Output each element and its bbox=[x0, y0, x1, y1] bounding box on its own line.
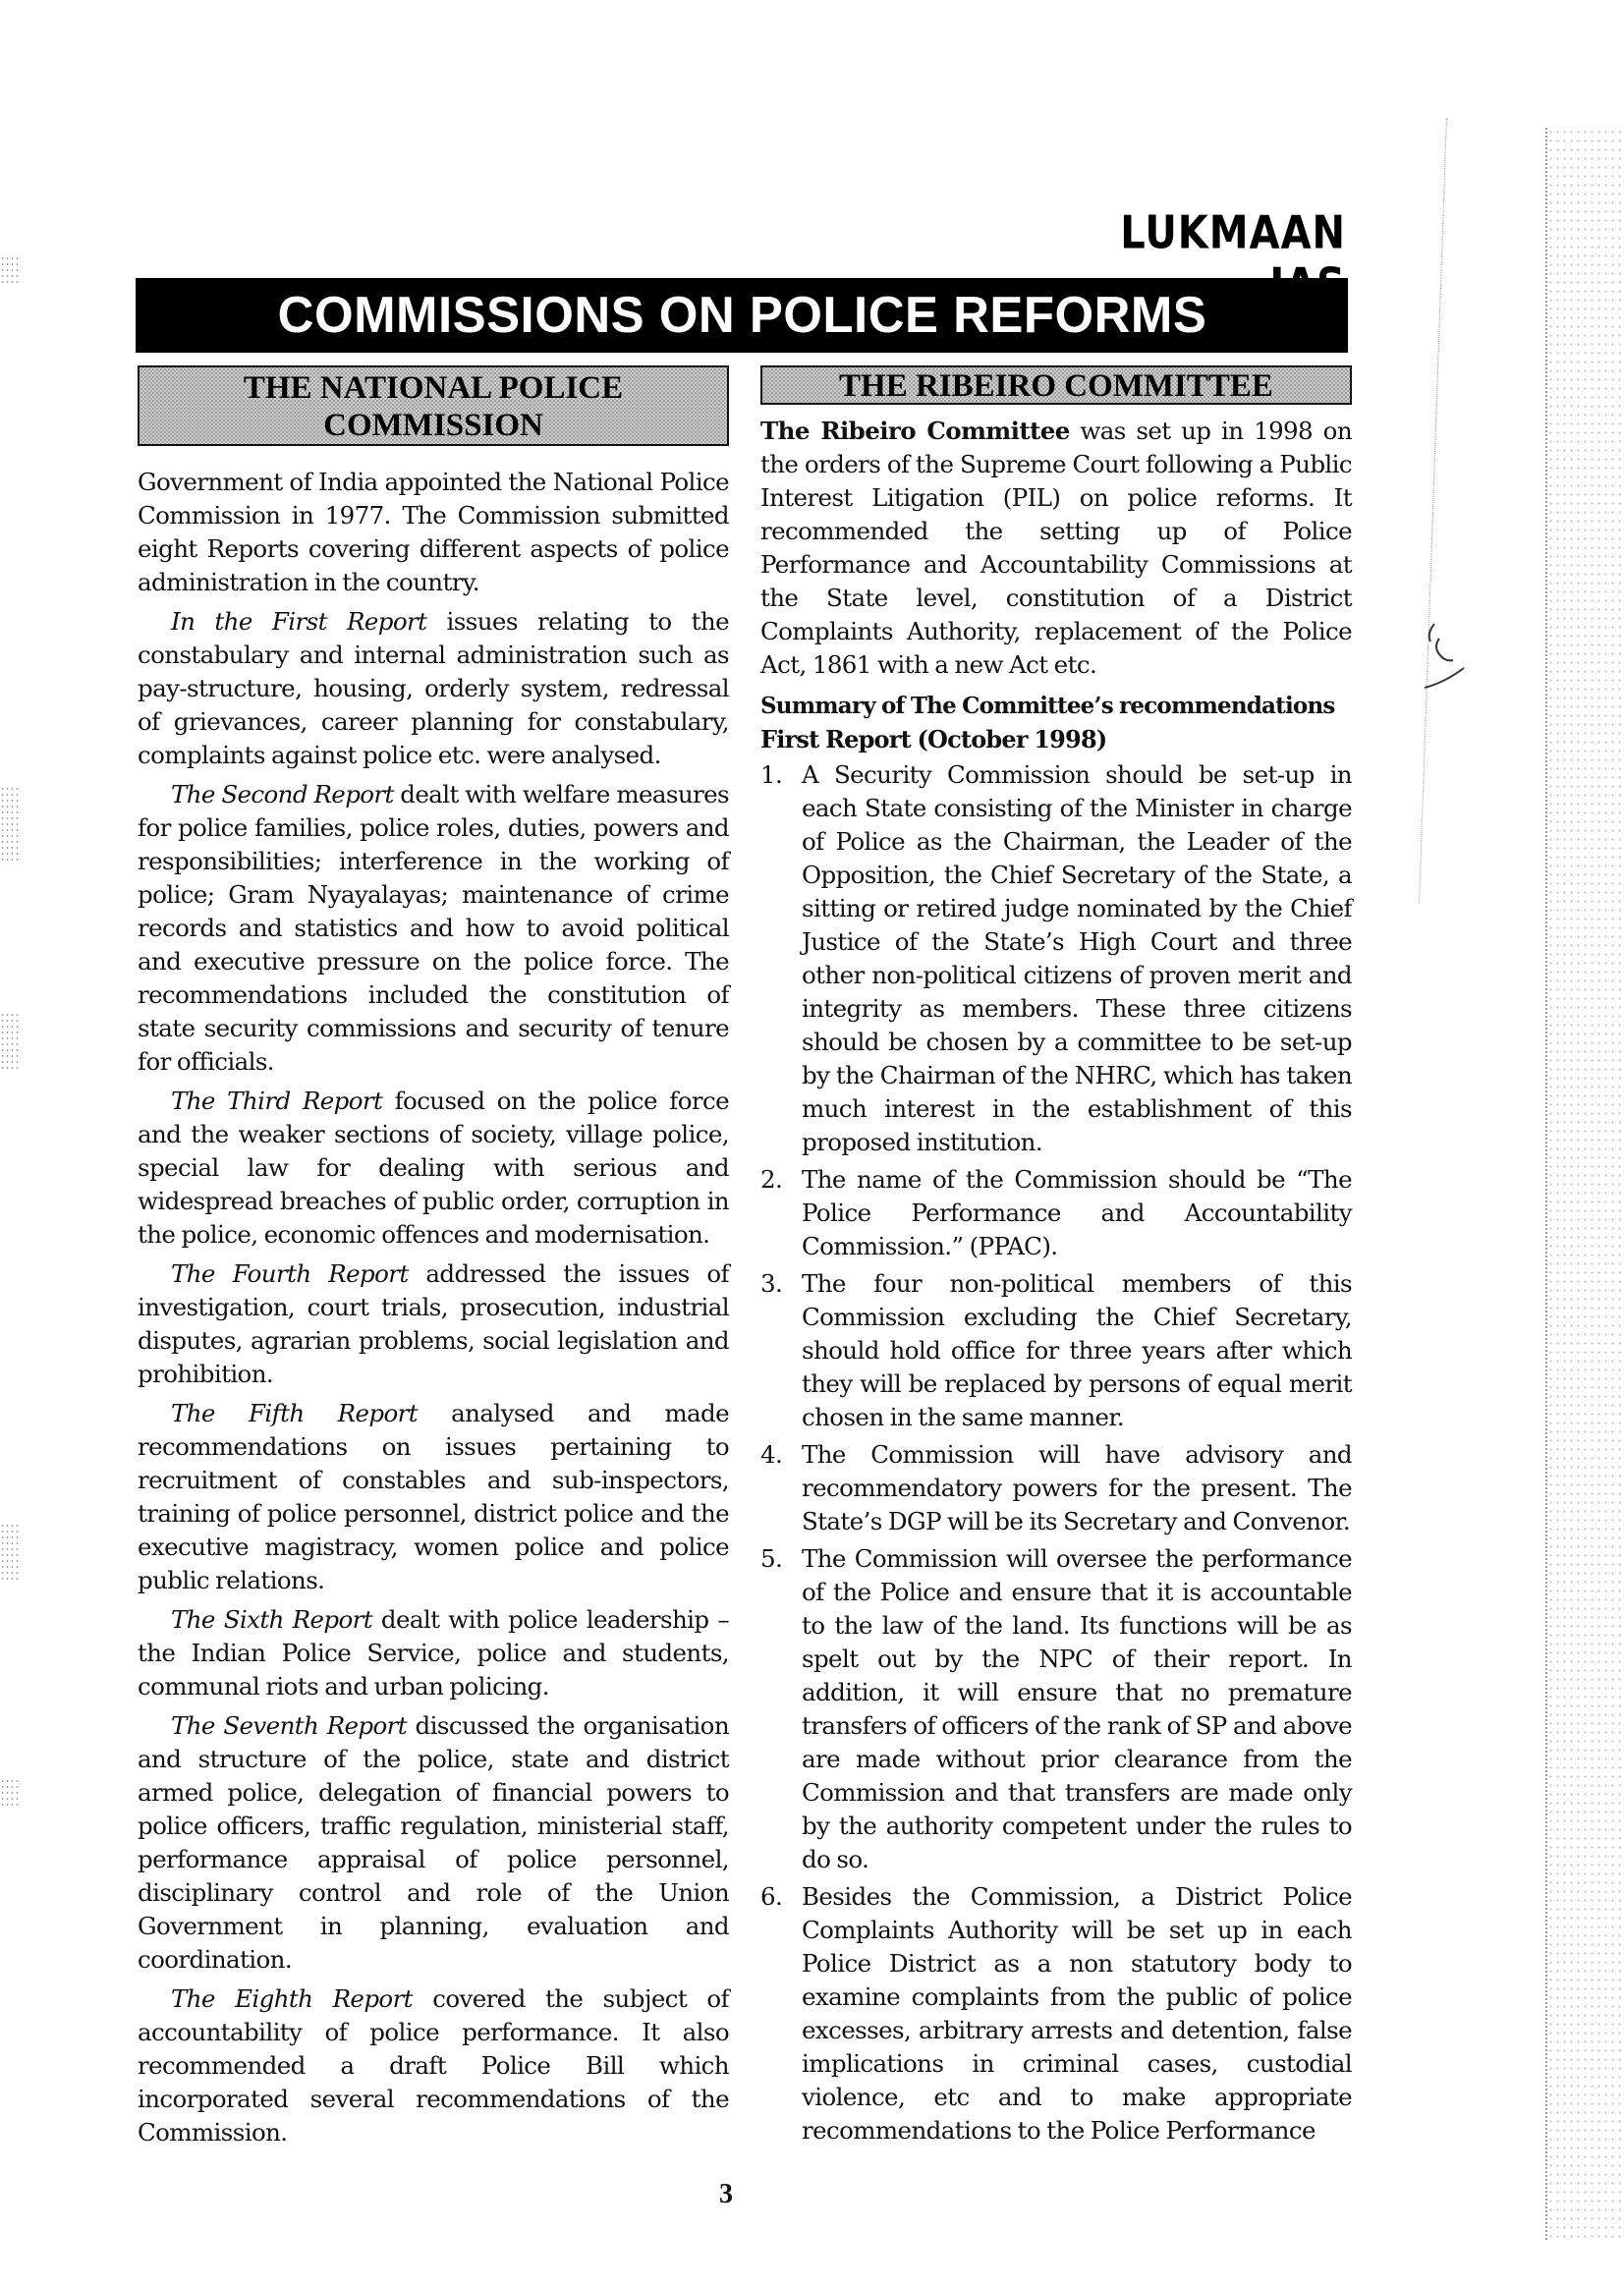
item-text: Besides the Commission, a District Polic… bbox=[802, 1882, 1352, 2145]
scan-speck bbox=[0, 1523, 20, 1582]
item-number: 6. bbox=[760, 1880, 782, 1914]
report-title: The Seventh Report bbox=[171, 1711, 407, 1740]
list-item: 4.The Commission will have advisory and … bbox=[760, 1438, 1352, 1538]
report-title: The Eighth Report bbox=[171, 1984, 413, 2013]
first-report-heading: First Report (October 1998) bbox=[760, 723, 1352, 756]
item-number: 4. bbox=[760, 1438, 782, 1472]
npc-intro: Government of India appointed the Nation… bbox=[138, 466, 729, 599]
scan-speck bbox=[0, 1012, 20, 1071]
npc-body: Government of India appointed the Nation… bbox=[138, 466, 729, 2149]
heading-line: COMMISSION bbox=[140, 407, 727, 444]
report-paragraph: The Seventh Report discussed the organis… bbox=[138, 1709, 729, 1977]
national-police-commission-column: THE NATIONAL POLICE COMMISSION Governmen… bbox=[138, 365, 729, 2149]
item-text: The Commission will oversee the performa… bbox=[802, 1544, 1352, 1873]
committee-name: The Ribeiro Committee bbox=[760, 417, 1070, 445]
ribeiro-intro: The Ribeiro Committee was set up in 1998… bbox=[760, 415, 1352, 682]
list-item: 2.The name of the Commission should be “… bbox=[760, 1163, 1352, 1263]
report-title: The Third Report bbox=[171, 1087, 382, 1115]
scan-line-artifact bbox=[1419, 118, 1449, 904]
page-number: 3 bbox=[719, 2179, 733, 2210]
scan-edge-artifact bbox=[1545, 128, 1624, 2240]
item-number: 2. bbox=[760, 1163, 782, 1197]
report-title: The Fourth Report bbox=[171, 1259, 409, 1288]
report-paragraph: The Fifth Report analysed and made recom… bbox=[138, 1397, 729, 1597]
report-paragraph: The Fourth Report addressed the issues o… bbox=[138, 1257, 729, 1391]
report-paragraph: The Sixth Report dealt with police leade… bbox=[138, 1603, 729, 1703]
handwritten-mark-icon bbox=[1415, 609, 1484, 697]
ribeiro-committee-column: THE RIBEIRO COMMITTEE The Ribeiro Commit… bbox=[760, 365, 1352, 2151]
item-number: 5. bbox=[760, 1542, 782, 1576]
report-paragraph: In the First Report issues relating to t… bbox=[138, 605, 729, 772]
scan-speck bbox=[0, 786, 20, 865]
list-item: 3.The four non-political members of this… bbox=[760, 1267, 1352, 1434]
item-text: The four non-political members of this C… bbox=[802, 1269, 1352, 1431]
page-title: COMMISSIONS ON POLICE REFORMS bbox=[277, 286, 1206, 345]
heading-line: THE NATIONAL POLICE bbox=[140, 369, 727, 407]
report-paragraph: The Eighth Report covered the subject of… bbox=[138, 1982, 729, 2149]
item-text: The Commission will have advisory and re… bbox=[802, 1440, 1352, 1535]
scan-speck bbox=[0, 255, 20, 285]
scan-speck bbox=[0, 1778, 20, 1808]
report-title: In the First Report bbox=[171, 607, 426, 636]
item-number: 1. bbox=[760, 758, 782, 792]
intro-text: was set up in 1998 on the orders of the … bbox=[760, 417, 1352, 679]
report-title: The Fifth Report bbox=[171, 1399, 418, 1427]
ribeiro-body: The Ribeiro Committee was set up in 1998… bbox=[760, 415, 1352, 2148]
report-paragraph: The Second Report dealt with welfare mea… bbox=[138, 778, 729, 1079]
section-heading-npc: THE NATIONAL POLICE COMMISSION bbox=[138, 365, 729, 446]
report-text: dealt with welfare measures for police f… bbox=[138, 780, 729, 1076]
list-item: 1.A Security Commission should be set-up… bbox=[760, 758, 1352, 1159]
item-text: A Security Commission should be set-up i… bbox=[802, 760, 1352, 1156]
report-paragraph: The Third Report focused on the police f… bbox=[138, 1085, 729, 1252]
report-title: The Second Report bbox=[171, 780, 394, 809]
report-text: analysed and made recommendations on iss… bbox=[138, 1399, 729, 1594]
summary-heading: Summary of The Committee’s recommendatio… bbox=[760, 690, 1352, 723]
recommendations-list: 1.A Security Commission should be set-up… bbox=[760, 758, 1352, 2148]
item-number: 3. bbox=[760, 1267, 782, 1301]
item-text: The name of the Commission should be “Th… bbox=[802, 1165, 1352, 1260]
report-title: The Sixth Report bbox=[171, 1605, 372, 1634]
list-item: 6.Besides the Commission, a District Pol… bbox=[760, 1880, 1352, 2148]
list-item: 5.The Commission will oversee the perfor… bbox=[760, 1542, 1352, 1876]
section-heading-ribeiro: THE RIBEIRO COMMITTEE bbox=[760, 365, 1352, 405]
page-title-banner: COMMISSIONS ON POLICE REFORMS bbox=[136, 278, 1348, 353]
report-text: discussed the organisation and structure… bbox=[138, 1711, 729, 1974]
